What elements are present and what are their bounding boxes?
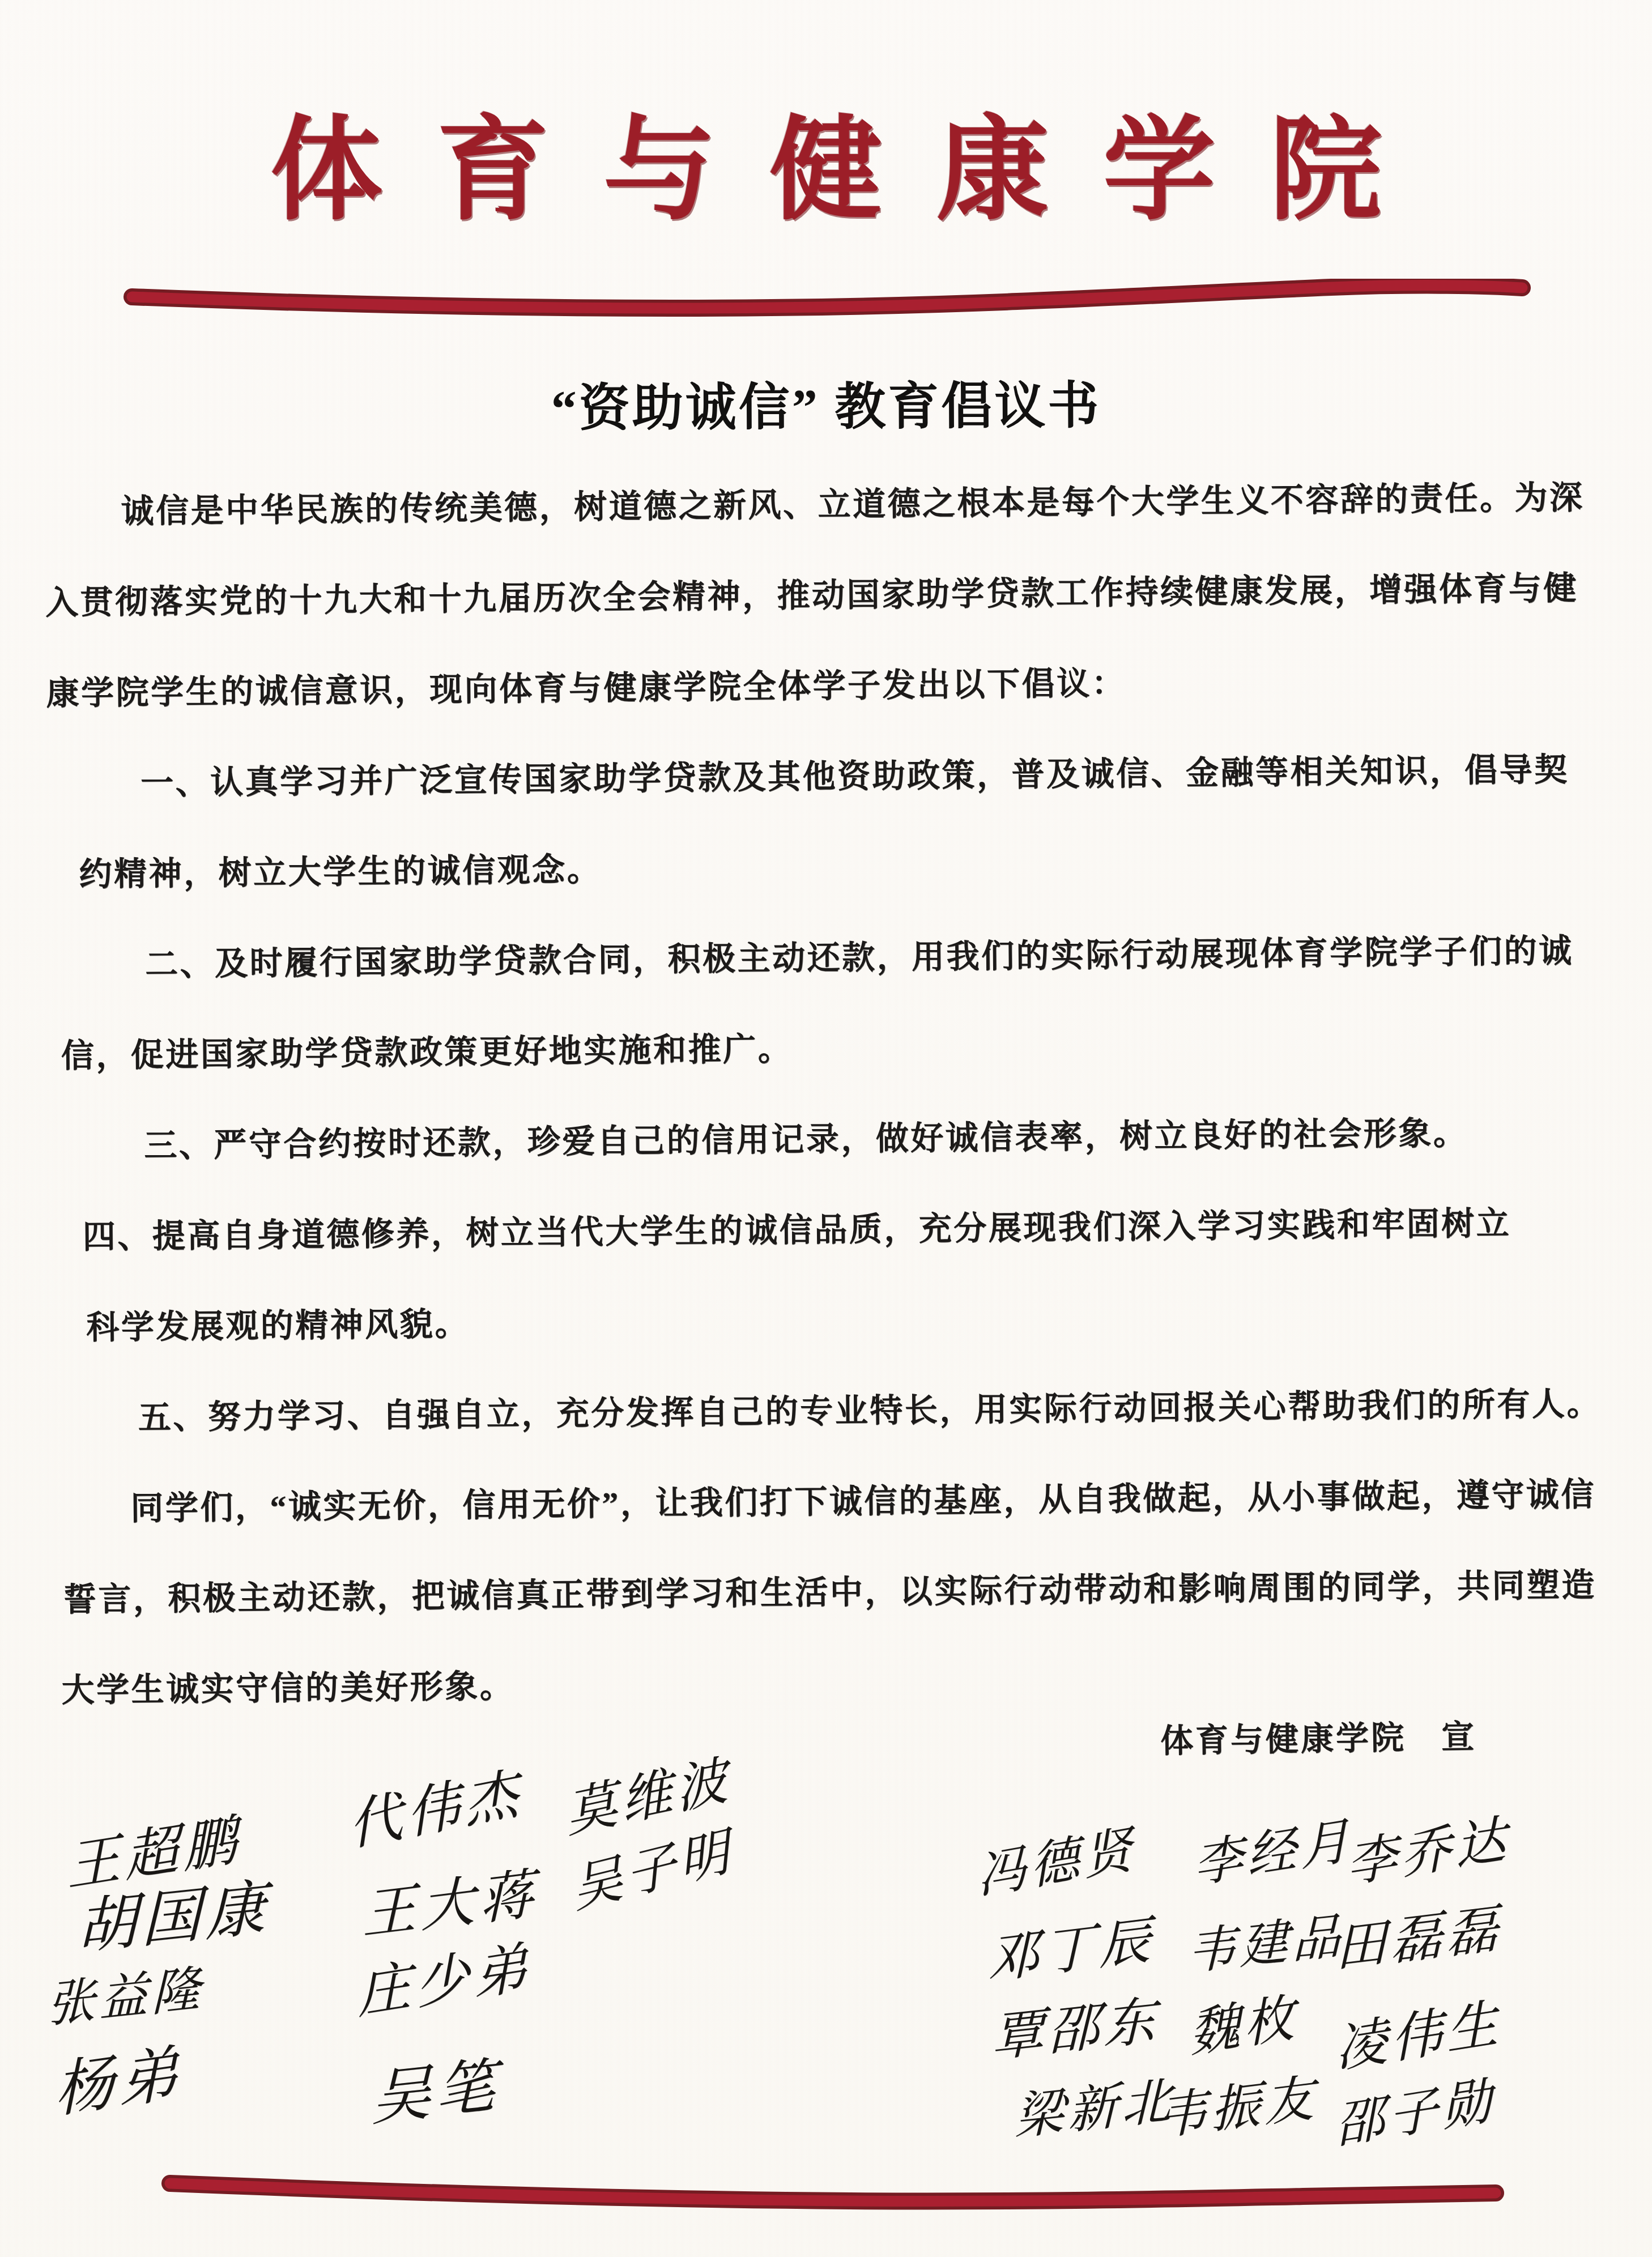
handwritten-signature: 魏枚 (1187, 1975, 1300, 2067)
handwritten-signature: 李乔达 (1344, 1797, 1511, 1897)
handwritten-signature: 李经月 (1191, 1800, 1355, 1897)
handwritten-signature: 韦建品 (1187, 1896, 1344, 1983)
handwritten-signature: 杨弟 (53, 2025, 184, 2129)
handwritten-signature: 代伟杰 (345, 1749, 525, 1861)
handwritten-signature: 张益隆 (47, 1949, 204, 2036)
handwritten-signatures-area: 王超鹏代伟杰莫维波吴子明胡国康王大蒋张益隆庄少弟杨弟吴笔冯德贤李经月李乔达邓丁辰… (0, 0, 1652, 2257)
handwritten-signature: 冯德贤 (974, 1809, 1139, 1909)
handwritten-signature: 吴笔 (372, 2037, 500, 2137)
handwritten-signature: 邓丁辰 (987, 1898, 1155, 1994)
handwritten-signature: 覃邵东 (992, 1978, 1159, 2071)
handwritten-signature: 韦振友 (1157, 2058, 1318, 2149)
handwritten-signature: 梁新北 (1015, 2060, 1175, 2149)
footer-divider-line (0, 2174, 1652, 2220)
scanned-document-page: 体育与健康学院 “资助诚信” 教育倡议书 诚信是中华民族的传统美德，树道德之新风… (0, 0, 1652, 2257)
handwritten-signature: 田磊磊 (1334, 1886, 1502, 1982)
